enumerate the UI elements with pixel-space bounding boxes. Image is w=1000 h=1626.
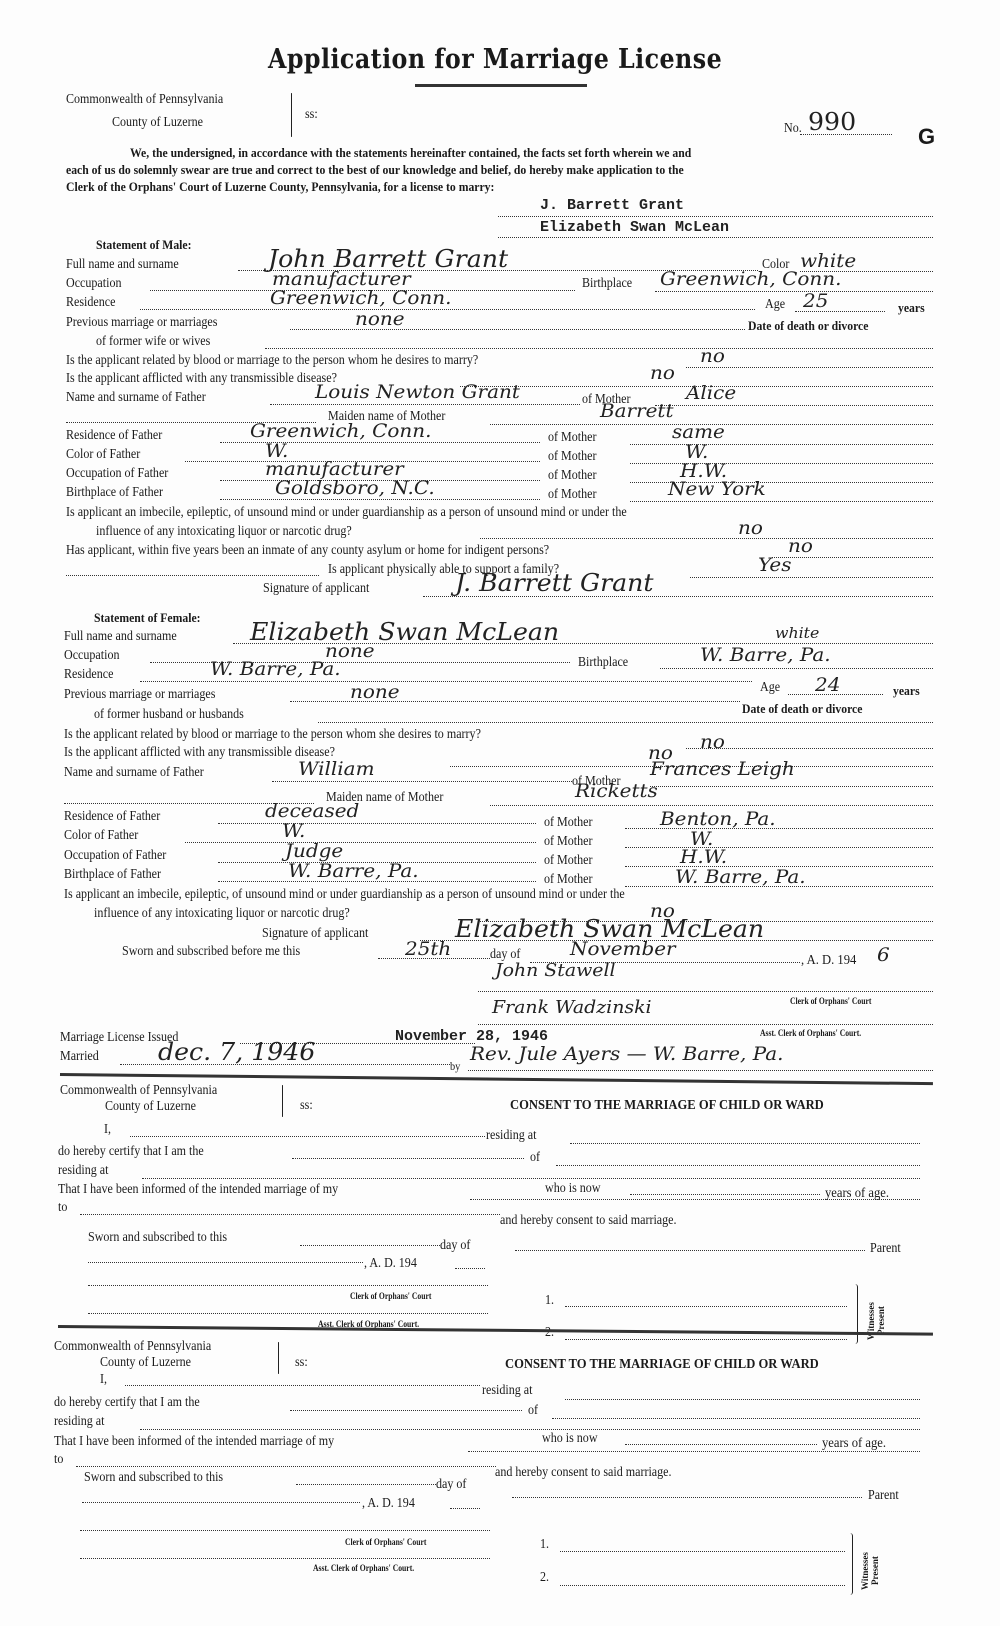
male-father-name: Louis Newton Grant [315,381,520,403]
consent2-residing2-field[interactable] [140,1429,920,1430]
section-divider-2 [58,1325,933,1336]
consent2-clerk-field[interactable] [80,1530,490,1531]
female-birth-father-label: Birthplace of Father [64,867,161,883]
female-occ-mother-label: of Mother [544,853,592,869]
consent1-of-field[interactable] [556,1165,920,1166]
consent2-who-label: who is now [542,1431,598,1447]
male-residence-label: Residence [66,295,115,311]
female-birth-mother-label: of Mother [544,872,592,888]
female-imbecile-label-2: influence of any intoxicating liquor or … [94,906,350,922]
consent2-witness2-field[interactable] [560,1585,845,1586]
female-age: 24 [815,674,840,696]
clerk-caption: Clerk of Orphans' Court [790,996,871,1006]
female-full-name: Elizabeth Swan McLean [250,618,559,646]
consent2-ss: ss: [295,1355,308,1371]
consent2-residing-label: residing at [482,1383,532,1399]
consent2-month-field[interactable] [82,1502,360,1503]
asst-clerk-caption: Asst. Clerk of Orphans' Court. [760,1028,861,1038]
number-suffix: G [918,124,935,150]
intro-line-3: Clerk of the Orphans' Court of Luzerne C… [66,179,494,195]
male-res-mother: same [672,421,725,443]
male-birth-mother: New York [668,478,766,500]
consent2-years-label: years of age. [822,1436,886,1452]
male-related-label: Is the applicant related by blood or mar… [66,353,478,369]
consent1-residing-label: residing at [486,1128,536,1144]
female-residence: W. Barre, Pa. [210,658,341,680]
male-years-label: years [898,300,925,316]
married-date: dec. 7, 1946 [158,1038,315,1066]
male-color-father-label: Color of Father [66,447,140,463]
male-birth-father: Goldsboro, N.C. [275,477,435,499]
male-disease: no [650,362,675,384]
male-inmate-label: Has applicant, within five years been an… [66,543,549,559]
consent2-relation-field[interactable] [290,1410,522,1411]
clerk-signature: John Stawell [495,960,616,981]
consent1-residing2-label: residing at [58,1163,108,1179]
female-previous: none [350,681,400,703]
female-former-label: of former husband or husbands [94,707,244,723]
party-female: Elizabeth Swan McLean [540,219,729,236]
consent1-clerk-field[interactable] [88,1285,488,1286]
consent1-name-field[interactable] [130,1136,485,1137]
male-signature-label: Signature of applicant [263,581,369,597]
female-date-death-label: Date of death or divorce [742,701,862,717]
consent2-present: Present [870,1556,880,1585]
male-res-mother-label: of Mother [548,430,596,446]
female-birthplace-label: Birthplace [578,655,628,671]
female-previous-label: Previous marriage or marriages [64,687,215,703]
male-imbecile-label-2: influence of any intoxicating liquor or … [96,524,352,540]
consent1-year-field[interactable] [455,1268,485,1269]
female-imbecile-label-1: Is applicant an imbecile, epileptic, of … [64,887,625,903]
consent1-witness1-field[interactable] [565,1306,847,1307]
consent2-witness1-field[interactable] [560,1551,845,1552]
page-title: Application for Marriage License [268,44,722,75]
intro-line-2: each of us do solemnly swear are true an… [66,162,684,178]
consent1-day-field[interactable] [300,1245,440,1246]
female-color: white [775,624,819,642]
consent1-informed-label: That I have been informed of the intende… [58,1182,338,1198]
consent1-witness1-label: 1. [545,1293,554,1309]
male-imbecile: no [738,517,763,539]
consent2-sworn-label: Sworn and subscribed to this [84,1470,223,1486]
consent1-asst-field[interactable] [88,1313,488,1314]
consent2-of-label: of [528,1403,538,1419]
married-label: Married [60,1049,99,1065]
consent1-of-label: of [530,1150,540,1166]
consent2-to-label: to [54,1452,63,1468]
consent2-residing-field[interactable] [565,1399,920,1400]
female-related: no [700,731,725,753]
male-father-name-label: Name and surname of Father [66,390,206,406]
male-birthplace: Greenwich, Conn. [660,268,841,290]
male-signature: J. Barrett Grant [455,569,654,597]
female-birth-mother: W. Barre, Pa. [675,866,806,888]
venue-state: Commonwealth of Pennsylvania [66,92,223,108]
license-number: 990 [808,108,856,136]
officiant: Rev. Jule Ayers — W. Barre, Pa. [470,1043,783,1065]
consent1-hereby-label: and hereby consent to said marriage. [500,1213,677,1229]
female-res-mother: Benton, Pa. [660,808,776,830]
consent1-who-label: who is now [545,1181,601,1197]
consent1-sworn-label: Sworn and subscribed to this [88,1230,227,1246]
consent1-ss: ss: [300,1098,313,1114]
intro-line-1: We, the undersigned, in accordance with … [130,145,691,161]
female-father-name: William [298,758,375,780]
female-res-father-label: Residence of Father [64,809,160,825]
consent1-county: County of Luzerne [105,1099,196,1115]
consent2-clerk-caption: Clerk of Orphans' Court [345,1537,426,1547]
male-disease-label: Is the applicant afflicted with any tran… [66,371,337,387]
marriage-license-application: Application for Marriage License Commonw… [0,0,1000,1626]
consent2-certify-label: do hereby certify that I am the [54,1395,200,1411]
consent2-asst-caption: Asst. Clerk of Orphans' Court. [313,1563,414,1573]
male-residence: Greenwich, Conn. [270,287,451,309]
consent2-witnesses: Witnesses [860,1552,870,1590]
male-support: Yes [758,554,791,576]
male-previous-label: Previous marriage or marriages [66,315,217,331]
male-age: 25 [803,290,828,312]
male-related: no [700,345,725,367]
sworn-label: Sworn and subscribed before me this [122,944,300,960]
female-occ-father: Judge [285,840,343,862]
consent2-parent-label: Parent [868,1488,899,1504]
consent2-witness1-label: 1. [540,1537,549,1553]
male-occ-mother-label: of Mother [548,468,596,484]
female-mother-name: Frances Leigh [650,758,795,780]
sworn-month: November [570,938,676,960]
consent2-ad-label: , A. D. 194 [362,1496,415,1512]
female-occ-father-label: Occupation of Father [64,848,166,864]
female-signature-label: Signature of applicant [262,926,368,942]
venue-brace [291,93,292,137]
consent1-witness2-label: 2. [545,1325,554,1341]
female-residence-label: Residence [64,667,113,683]
female-occupation-label: Occupation [64,648,119,664]
male-res-father-label: Residence of Father [66,428,162,444]
consent1-parent-field[interactable] [515,1250,865,1251]
consent1-witness2-field[interactable] [565,1339,847,1340]
male-age-label: Age [765,297,785,313]
consent2-of-field[interactable] [552,1418,920,1419]
consent2-name-field[interactable] [125,1385,480,1386]
male-heading: Statement of Male: [96,237,192,253]
female-full-name-label: Full name and surname [64,629,177,645]
consent2-to-field[interactable] [76,1466,496,1467]
venue-county: County of Luzerne [112,115,203,131]
consent2-hereby-label: and hereby consent to said marriage. [495,1465,672,1481]
consent2-i: I, [100,1372,107,1388]
consent1-to-label: to [58,1200,67,1216]
female-father-name-label: Name and surname of Father [64,765,204,781]
female-color-father-label: Color of Father [64,828,138,844]
female-birthplace: W. Barre, Pa. [700,644,831,666]
consent2-heading: CONSENT TO THE MARRIAGE OF CHILD OR WARD [505,1357,819,1373]
female-res-father: deceased [265,800,359,822]
married-by-label: by [450,1058,460,1074]
consent2-day-field[interactable] [296,1484,436,1485]
consent1-day-of-label: day of [440,1238,470,1254]
consent2-county: County of Luzerne [100,1355,191,1371]
consent1-years-label: years of age. [825,1186,889,1202]
consent2-residing2-label: residing at [54,1414,104,1430]
male-res-father: Greenwich, Conn. [250,420,431,442]
male-full-name-label: Full name and surname [66,257,179,273]
male-occ-father-label: Occupation of Father [66,466,168,482]
male-color-mother-label: of Mother [548,449,596,465]
female-color-mother-label: of Mother [544,834,592,850]
consent2-informed-label: That I have been informed of the intende… [54,1434,334,1450]
female-heading: Statement of Female: [94,610,201,626]
party-male: J. Barrett Grant [540,197,684,214]
male-inmate: no [788,535,813,557]
consent1-residing-field[interactable] [570,1143,920,1144]
consent2-year-field[interactable] [450,1508,480,1509]
consent2-parent-field[interactable] [512,1497,862,1498]
consent1-state: Commonwealth of Pennsylvania [60,1083,217,1099]
consent2-state: Commonwealth of Pennsylvania [54,1339,211,1355]
female-birth-father: W. Barre, Pa. [288,860,419,882]
male-former-label: of former wife or wives [96,334,210,350]
female-occ-mother: H.W. [680,846,727,868]
consent1-to-field[interactable] [80,1214,500,1215]
consent1-month-field[interactable] [88,1262,363,1263]
consent1-parent-label: Parent [870,1241,901,1257]
female-age-label: Age [760,680,780,696]
title-rule [415,84,587,87]
female-color-father: W. [282,820,305,842]
asst-clerk-signature: Frank Wadzinski [492,997,652,1018]
sworn-day: 25th [405,938,451,960]
male-previous: none [355,308,405,330]
consent1-i: I, [104,1122,111,1138]
male-birth-mother-label: of Mother [548,487,596,503]
female-disease-label: Is the applicant afflicted with any tran… [64,745,335,761]
consent1-residing2-field[interactable] [142,1178,920,1179]
consent2-witness2-label: 2. [540,1570,549,1586]
consent1-relation-field[interactable] [292,1158,524,1159]
consent2-age-field[interactable] [625,1444,817,1445]
male-maiden: Barrett [600,400,673,422]
consent2-asst-field[interactable] [80,1558,490,1559]
male-birthplace-label: Birthplace [582,276,632,292]
male-occupation-label: Occupation [66,276,121,292]
consent1-age-field[interactable] [630,1194,820,1195]
male-birth-father-label: Birthplace of Father [66,485,163,501]
sworn-ad-label: , A. D. 194 [801,953,856,969]
female-related-label: Is the applicant related by blood or mar… [64,727,481,743]
venue-ss: ss: [305,107,318,123]
male-date-death-label: Date of death or divorce [748,318,868,334]
consent1-ad-label: , A. D. 194 [364,1256,417,1272]
female-res-mother-label: of Mother [544,815,592,831]
consent1-present: Present [876,1306,886,1335]
consent1-heading: CONSENT TO THE MARRIAGE OF CHILD OR WARD [510,1098,824,1114]
male-mother-name: Alice [686,382,736,404]
sworn-year-digit: 6 [877,944,890,966]
male-imbecile-label-1: Is applicant an imbecile, epileptic, of … [66,505,627,521]
consent1-certify-label: do hereby certify that I am the [58,1144,204,1160]
female-maiden: Ricketts [575,780,658,802]
consent1-clerk-caption: Clerk of Orphans' Court [350,1291,431,1301]
consent2-day-of-label: day of [436,1477,466,1493]
female-years-label: years [893,683,920,699]
